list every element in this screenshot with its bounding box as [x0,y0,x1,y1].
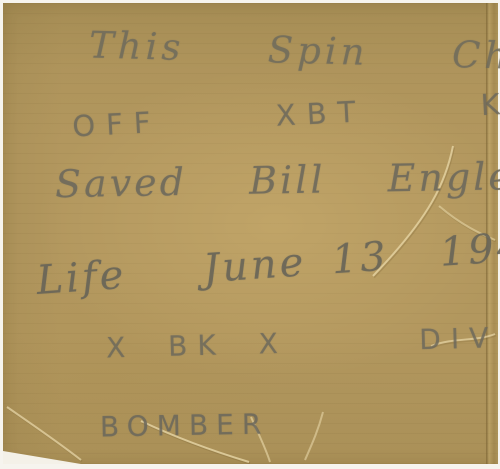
handwriting-line-2: OFF XBT K [71,87,500,144]
photo-of-cardboard-note: This Spin Chute OFF XBT K Saved Bill Eng… [0,0,500,469]
handwriting-line-5: X BK X DIVE [106,321,500,365]
handwriting-line-1: This Spin Chute [89,24,500,80]
handwriting-line-3: Saved Bill Engles [55,154,500,206]
handwriting-line-6: BOMBER [100,408,270,444]
cardboard-panel: This Spin Chute OFF XBT K Saved Bill Eng… [3,3,498,464]
torn-corner [3,451,81,464]
handwriting-line-4: Life June 13 1945 [35,222,500,304]
